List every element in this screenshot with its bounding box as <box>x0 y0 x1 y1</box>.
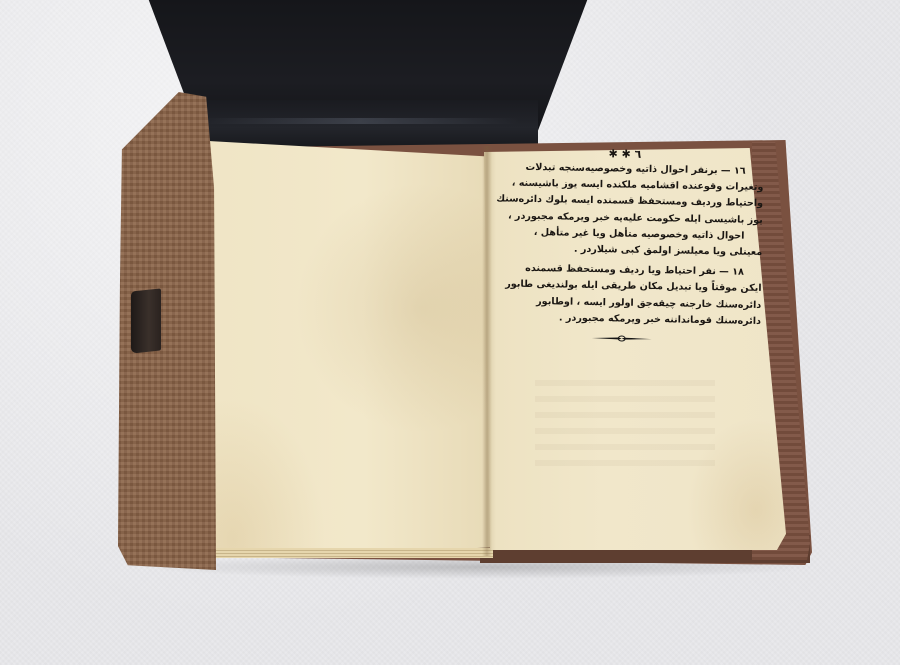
bleed-through-text <box>535 380 715 470</box>
left-page-edges <box>168 548 493 558</box>
end-ornament-divider <box>592 335 652 342</box>
right-page-text: ٦ ✱ ✱ ١٦ — برنفر احوال ذاتیه وخصوصیه‌سنج… <box>483 145 764 344</box>
closure-strap <box>131 288 161 353</box>
paragraph-16: ١٦ — برنفر احوال ذاتیه وخصوصیه‌سنجه تبدل… <box>484 159 764 261</box>
paragraph-18: ١٨ — نفر احتیاط ویا ردیف ومستحفظ قسمنده … <box>483 260 762 330</box>
photo-scene: ٦ ✱ ✱ ١٦ — برنفر احوال ذاتیه وخصوصیه‌سنج… <box>0 0 900 665</box>
leather-flap-highlight <box>200 118 520 124</box>
left-page <box>168 140 493 560</box>
